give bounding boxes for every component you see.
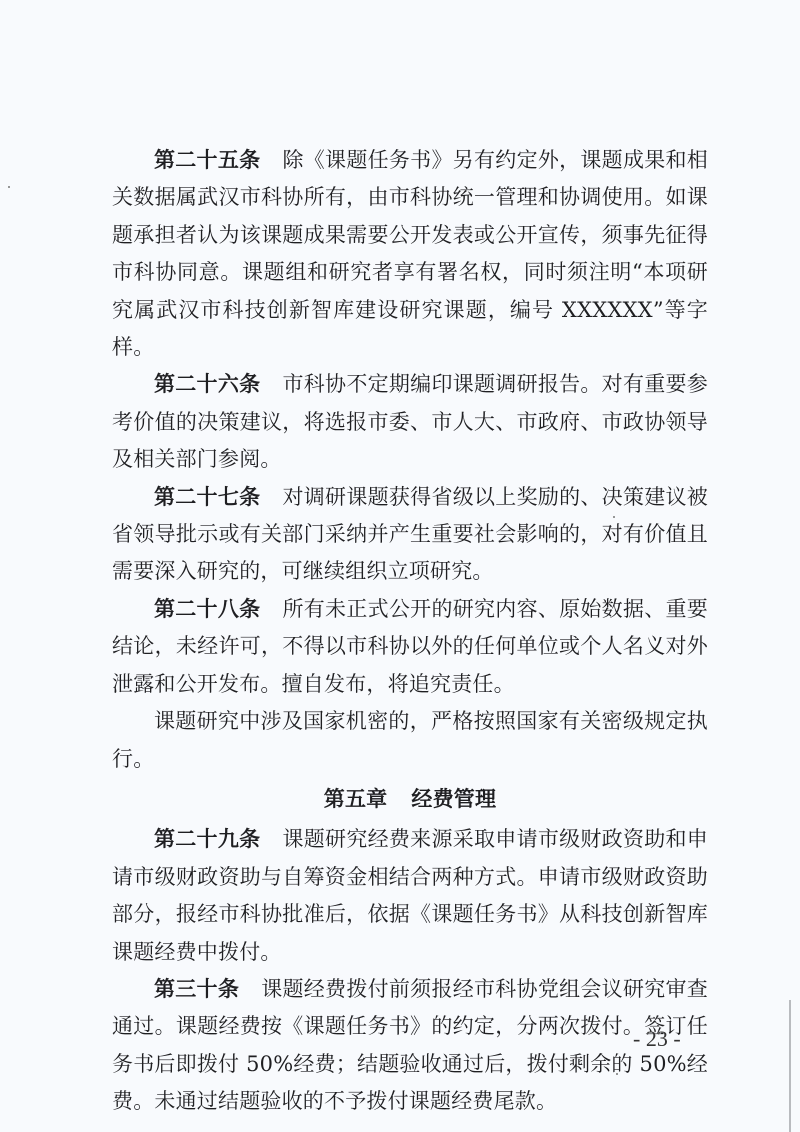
paragraph-text: 课题研究中涉及国家机密的，严格按照国家有关密级规定执行。 — [112, 709, 708, 770]
article-number: 第二十九条 — [154, 827, 260, 851]
article-number: 第二十六条 — [154, 372, 260, 396]
article-number: 第二十七条 — [154, 485, 260, 509]
article-text: 除《课题任务书》另有约定外，课题成果和相关数据属武汉市科协所有，由市科协统一管理… — [112, 148, 708, 359]
article-28: 第二十八条所有未正式公开的研究内容、原始数据、重要结论，未经许可，不得以市科协以… — [112, 591, 708, 703]
article-number: 第二十八条 — [154, 597, 260, 621]
page-number: - 23 - — [633, 1026, 681, 1052]
chapter-title: 经费管理 — [411, 787, 496, 811]
article-30: 第三十条课题经费拨付前须报经市科协党组会议研究审查通过。课题经费按《课题任务书》… — [112, 971, 708, 1121]
article-number: 第二十五条 — [154, 148, 260, 172]
article-25: 第二十五条除《课题任务书》另有约定外，课题成果和相关数据属武汉市科协所有，由市科… — [112, 142, 708, 366]
confidentiality-paragraph: 课题研究中涉及国家机密的，严格按照国家有关密级规定执行。 — [112, 703, 708, 778]
document-page: 第二十五条除《课题任务书》另有约定外，课题成果和相关数据属武汉市科协所有，由市科… — [0, 0, 800, 1132]
article-27: 第二十七条对调研课题获得省级以上奖励的、决策建议被省领导批示或有关部门采纳并产生… — [112, 479, 708, 591]
article-number: 第三十条 — [154, 977, 239, 1001]
document-body: 第二十五条除《课题任务书》另有约定外，课题成果和相关数据属武汉市科协所有，由市科… — [112, 142, 708, 1121]
scan-speck — [8, 186, 10, 188]
chapter-number: 第五章 — [324, 787, 388, 811]
article-29: 第二十九条课题研究经费来源采取申请市级财政资助和申请市级财政资助与自筹资金相结合… — [112, 821, 708, 971]
article-26: 第二十六条市科协不定期编印课题调研报告。对有重要参考价值的决策建议，将选报市委、… — [112, 366, 708, 478]
chapter-heading: 第五章经费管理 — [112, 778, 708, 821]
scan-edge-line — [789, 1000, 791, 1132]
